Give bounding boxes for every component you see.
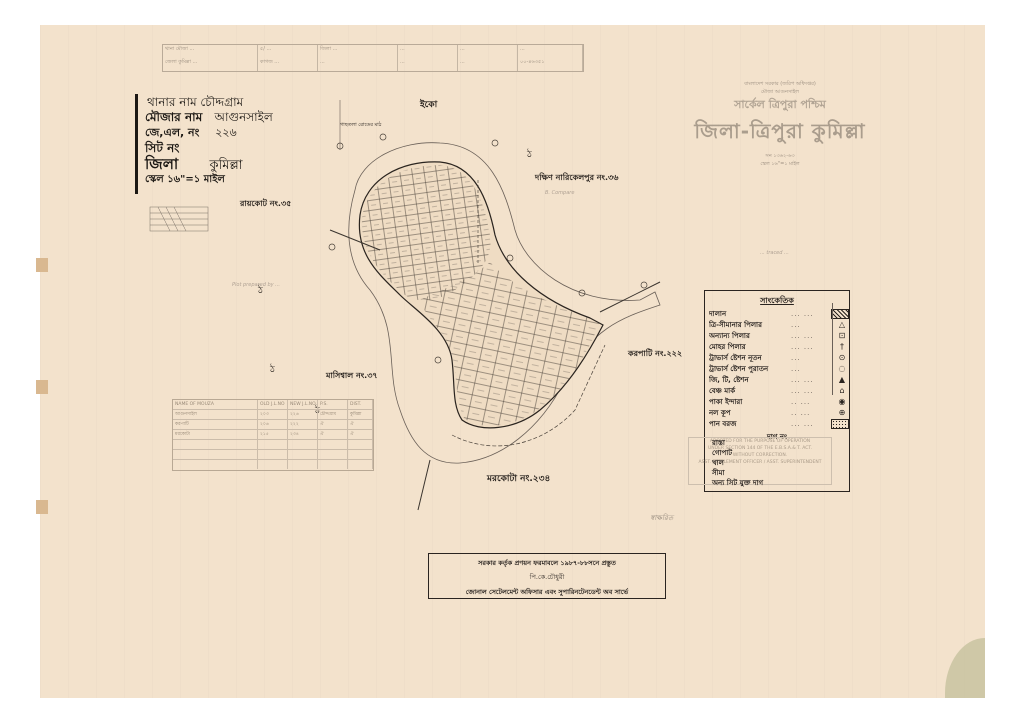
label-neighbor-south: মরকোটা নং.২৩৪ — [487, 471, 550, 486]
table-row — [173, 450, 373, 460]
cross-pillar-icon: † — [835, 342, 849, 351]
legend-item: বেঞ্চ মার্ক... ...⌂ — [705, 385, 849, 396]
officer-signature: পি.কে.চৌধুরী — [429, 572, 665, 583]
legend-item: ট্রাভার্স ষ্টেশন পুরাতন...◌ — [705, 363, 849, 374]
label-north: ইকো — [420, 97, 437, 112]
tube-well-icon: ⊕ — [835, 408, 849, 417]
legend-item: দালান... ... — [705, 308, 849, 319]
legend-item: ত্রি-সীমানার পিলার...△ — [705, 319, 849, 330]
table-header: NAME OF MOUZAOLD J.L.NONEW J.L.NOP.S.DIS… — [173, 400, 373, 410]
old-station-icon: ◌ — [835, 364, 849, 373]
legend-lines: রাস্তা গোপাট খাল সীমা অন্য সিট যুক্ত দাগ — [712, 437, 842, 497]
table-row: আগুনসাইল২০৩২২৬চৌদ্দগ্রামকুমিল্লা — [173, 410, 373, 420]
triangle-pillar-icon: △ — [835, 320, 849, 329]
other-sheet-label: অন্য সিট যুক্ত দাগ — [712, 477, 842, 487]
legend-item: অন্যান্য পিলার... ...⊡ — [705, 330, 849, 341]
road-label: রাস্তা — [712, 437, 842, 447]
pencil-note: Plot prepared by ... — [232, 282, 322, 289]
legend-item: পাকা ইন্দারা.. ...◉ — [705, 396, 849, 407]
betel-garden-icon — [831, 419, 849, 429]
legend-divider — [832, 303, 834, 395]
label-neighbor-east: করপাটি নং.২২২ — [628, 348, 682, 361]
canal-label: খাল — [712, 457, 842, 467]
signature-scribble: স্বাক্ষরিত — [650, 515, 673, 522]
svg-text:ঠ: ঠ — [269, 363, 275, 375]
legend-item: নল কূপ.. ...⊕ — [705, 407, 849, 418]
bench-mark-icon: ⌂ — [835, 386, 849, 395]
mouza-map-drawing: ঠ ঠ ঠ ঠ — [0, 0, 1024, 723]
legend-item: জি, টি, ষ্টেশন... ...▲ — [705, 374, 849, 385]
label-neighbor-northwest: রায়কোট নং.৩৫ — [240, 198, 291, 211]
table-row: মরকোটা২১৫২৩৪ঐঐ — [173, 430, 373, 440]
boundary-label: সীমা — [712, 467, 842, 477]
legend-item: ট্রাভার্স ষ্টেশন নূতন...⊙ — [705, 352, 849, 363]
label-north-faint: গাছতলা রোডের মাঠ — [340, 122, 381, 130]
square-pillar-icon: ⊡ — [835, 331, 849, 340]
preparation-box: সরকার কর্তৃক প্রণয়ন ফরমাবলে ১৯৮৭-৮৮সনে … — [428, 553, 666, 599]
gt-station-icon: ▲ — [835, 375, 849, 384]
legend-item: পান বরজ... ... — [705, 418, 849, 429]
pencil-note: ... traced ... — [760, 250, 860, 257]
preparation-line: সরকার কর্তৃক প্রণয়ন ফরমাবলে ১৯৮৭-৮৮সনে … — [429, 558, 665, 569]
officer-title: জোনাল সেটেলমেন্ট অফিসার এবং সুপারিনটেনডে… — [429, 587, 665, 598]
gopat-label: গোপাট — [712, 447, 842, 457]
svg-text:ঠ: ঠ — [526, 148, 532, 160]
legend-title: সাংকেতিক — [705, 295, 849, 308]
table-row: করপাটি২০৬২২২ঐঐ — [173, 420, 373, 430]
label-neighbor-northeast: দক্ষিণ নারিকেলপুর নং.৩৬ — [535, 172, 618, 185]
legend-item: মোহর পিলার... ...† — [705, 341, 849, 352]
mouza-table: NAME OF MOUZAOLD J.L.NONEW J.L.NOP.S.DIS… — [172, 399, 374, 471]
pencil-note: B. Compare — [545, 190, 625, 197]
table-row — [173, 460, 373, 469]
table-row — [173, 440, 373, 450]
label-neighbor-west: মাসিশ্বাল নং.৩৭ — [326, 370, 378, 383]
well-icon: ◉ — [835, 397, 849, 406]
new-station-icon: ⊙ — [835, 353, 849, 362]
